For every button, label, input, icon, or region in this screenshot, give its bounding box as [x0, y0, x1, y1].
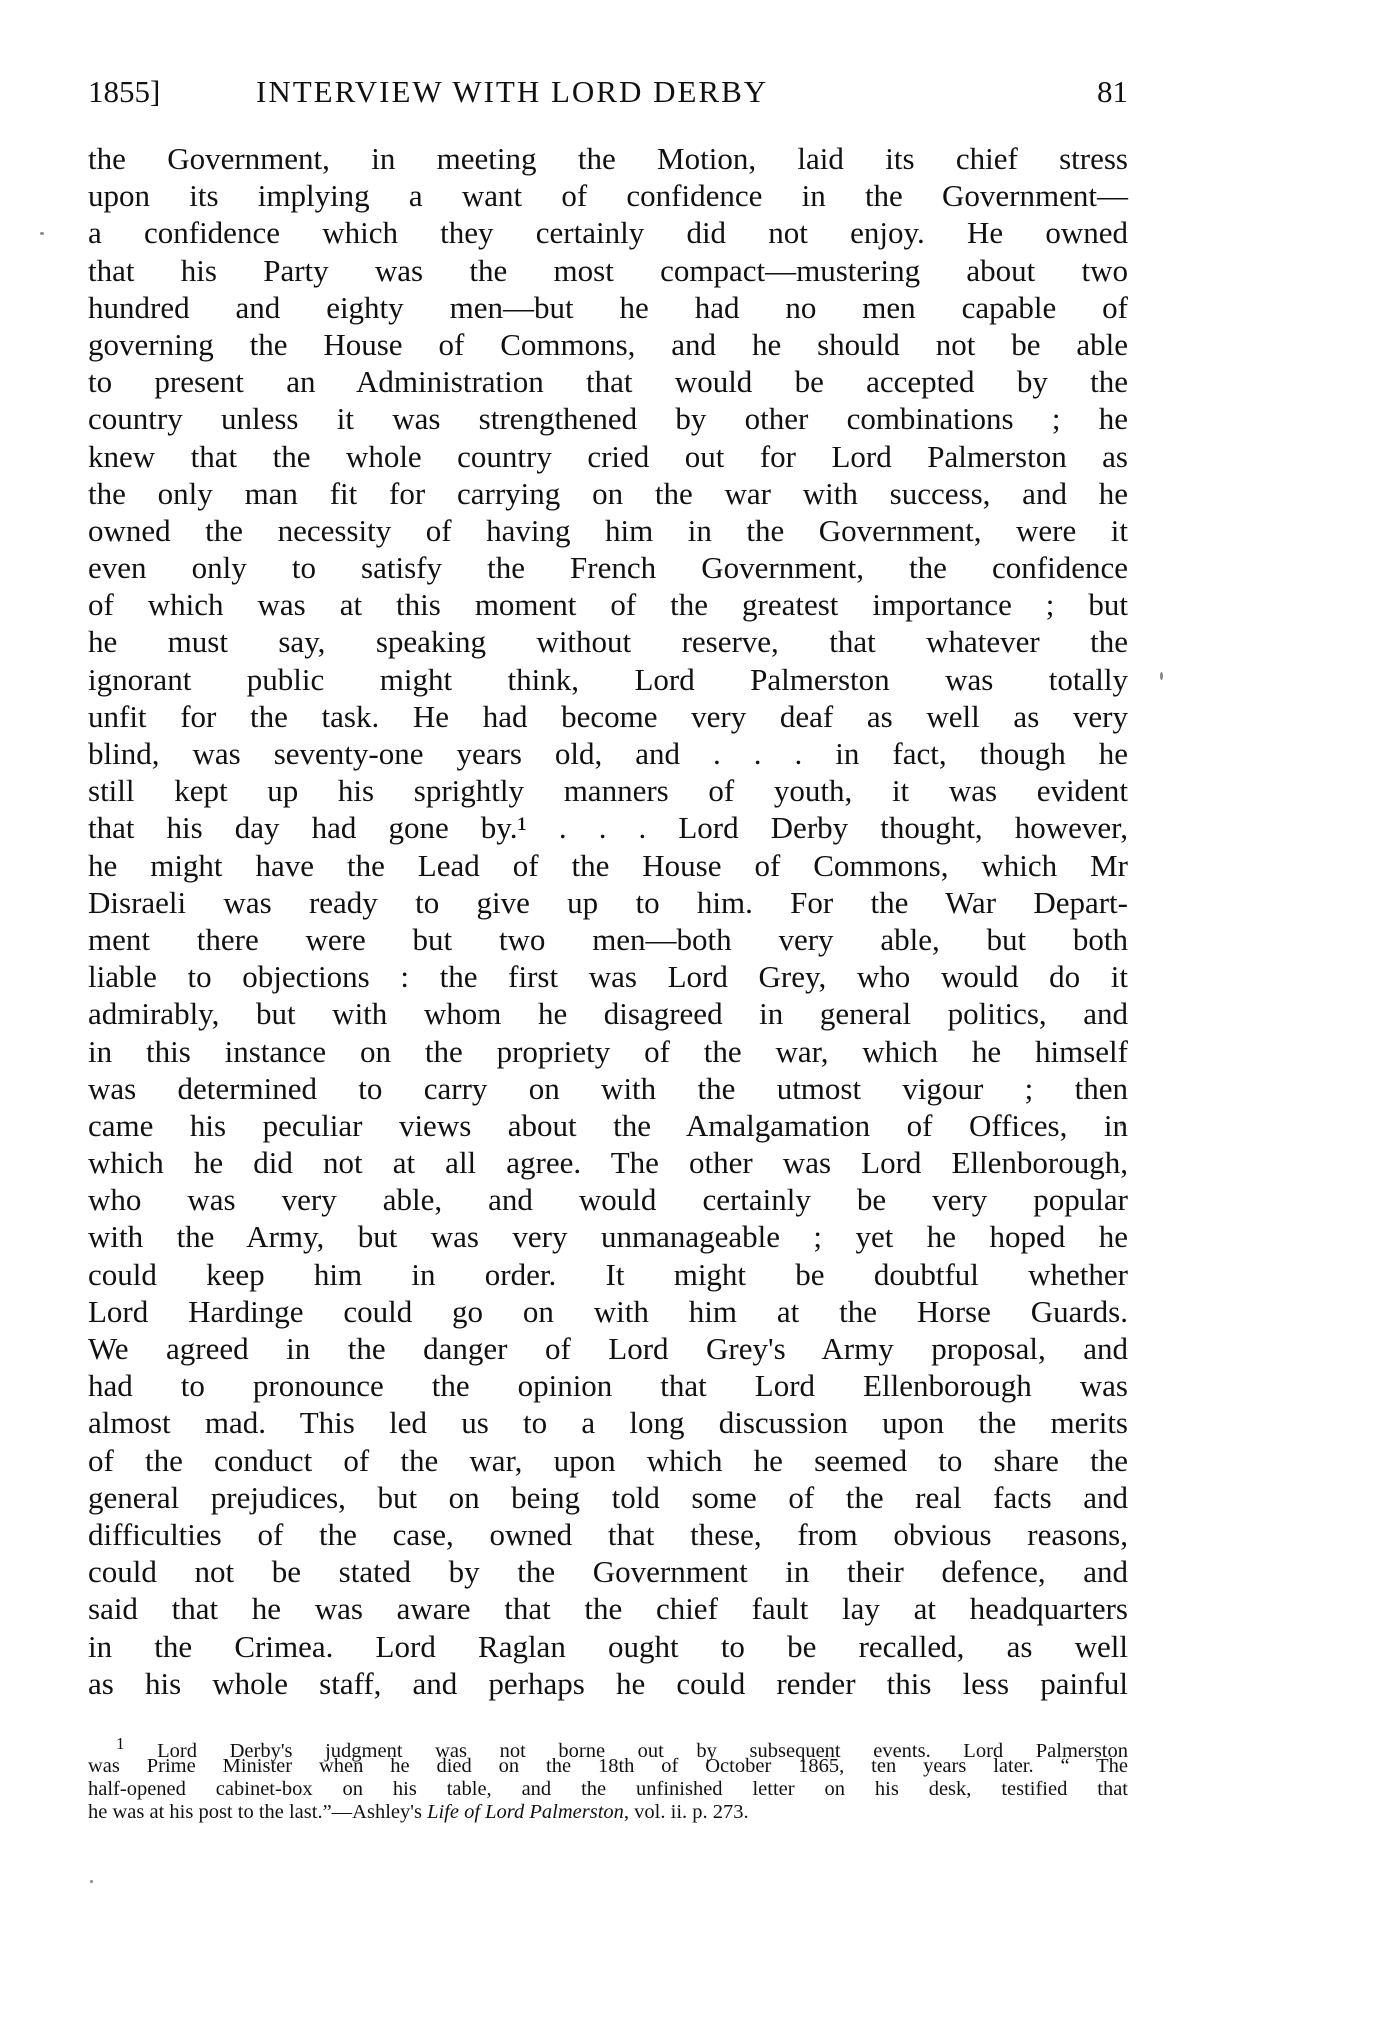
body-line: he might have the Lead of the House of C…	[88, 847, 1128, 884]
footnote-line: was Prime Minister when he died on the 1…	[88, 1755, 1128, 1778]
footnote-text: he was at his post to the last.”—Ashley'…	[88, 1801, 427, 1823]
body-line: in this instance on the propriety of the…	[88, 1033, 1128, 1070]
body-line: almost mad. This led us to a long discus…	[88, 1404, 1128, 1441]
footnote-line: he was at his post to the last.”—Ashley'…	[88, 1801, 1128, 1824]
body-line: unfit for the task. He had become very d…	[88, 698, 1128, 735]
body-line: was determined to carry on with the utmo…	[88, 1070, 1128, 1107]
body-line: admirably, but with whom he disagreed in…	[88, 995, 1128, 1032]
body-line: in the Crimea. Lord Raglan ought to be r…	[88, 1628, 1128, 1665]
book-page: 1855] INTERVIEW WITH LORD DERBY 81 the G…	[0, 0, 1384, 2035]
body-line: liable to objections : the first was Lor…	[88, 958, 1128, 995]
body-line: Lord Hardinge could go on with him at th…	[88, 1293, 1128, 1330]
body-line: that his day had gone by.¹ . . . Lord De…	[88, 809, 1128, 846]
body-line: We agreed in the danger of Lord Grey's A…	[88, 1330, 1128, 1367]
scan-speck	[90, 1880, 93, 1883]
body-line: that his Party was the most compact—must…	[88, 252, 1128, 289]
body-line: he must say, speaking without reserve, t…	[88, 623, 1128, 660]
body-line: Disraeli was ready to give up to him. Fo…	[88, 884, 1128, 921]
body-line: the Government, in meeting the Motion, l…	[88, 140, 1128, 177]
body-line: knew that the whole country cried out fo…	[88, 438, 1128, 475]
body-line: difficulties of the case, owned that the…	[88, 1516, 1128, 1553]
body-line: governing the House of Commons, and he s…	[88, 326, 1128, 363]
body-line: to present an Administration that would …	[88, 363, 1128, 400]
body-line: upon its implying a want of confidence i…	[88, 177, 1128, 214]
body-line: ment there were but two men—both very ab…	[88, 921, 1128, 958]
body-line: came his peculiar views about the Amalga…	[88, 1107, 1128, 1144]
body-line: blind, was seventy-one years old, and . …	[88, 735, 1128, 772]
body-line: the only man fit for carrying on the war…	[88, 475, 1128, 512]
body-line: who was very able, and would certainly b…	[88, 1181, 1128, 1218]
body-line: country unless it was strengthened by ot…	[88, 400, 1128, 437]
body-line: had to pronounce the opinion that Lord E…	[88, 1367, 1128, 1404]
scan-speck	[1120, 1123, 1123, 1126]
footnote-line: 1 Lord Derby's judgment was not borne ou…	[88, 1732, 1128, 1755]
page-number: 81	[1097, 74, 1128, 110]
footnote: 1 Lord Derby's judgment was not borne ou…	[88, 1732, 1128, 1824]
running-head-title: INTERVIEW WITH LORD DERBY	[256, 74, 768, 110]
body-line: ignorant public might think, Lord Palmer…	[88, 661, 1128, 698]
running-head-year: 1855]	[88, 74, 160, 110]
book-title: Life of Lord Palmerston	[427, 1801, 624, 1823]
footnote-line: half-opened cabinet-box on his table, an…	[88, 1778, 1128, 1801]
footnote-marker: 1	[116, 1734, 125, 1753]
scan-speck	[1160, 672, 1163, 680]
body-line: owned the necessity of having him in the…	[88, 512, 1128, 549]
body-line: said that he was aware that the chief fa…	[88, 1590, 1128, 1627]
body-line: with the Army, but was very unmanageable…	[88, 1218, 1128, 1255]
body-line: general prejudices, but on being told so…	[88, 1479, 1128, 1516]
body-line: could not be stated by the Government in…	[88, 1553, 1128, 1590]
body-line: a confidence which they certainly did no…	[88, 214, 1128, 251]
body-line: could keep him in order. It might be dou…	[88, 1256, 1128, 1293]
body-line: even only to satisfy the French Governme…	[88, 549, 1128, 586]
scan-speck	[40, 232, 44, 235]
footnote-text: , vol. ii. p. 273.	[624, 1801, 749, 1823]
body-line: as his whole staff, and perhaps he could…	[88, 1665, 1128, 1702]
body-line: still kept up his sprightly manners of y…	[88, 772, 1128, 809]
body-line: which he did not at all agree. The other…	[88, 1144, 1128, 1181]
body-text: the Government, in meeting the Motion, l…	[88, 140, 1128, 1702]
body-line: of the conduct of the war, upon which he…	[88, 1442, 1128, 1479]
body-line: of which was at this moment of the great…	[88, 586, 1128, 623]
running-head: 1855] INTERVIEW WITH LORD DERBY 81	[88, 74, 1128, 114]
body-line: hundred and eighty men—but he had no men…	[88, 289, 1128, 326]
